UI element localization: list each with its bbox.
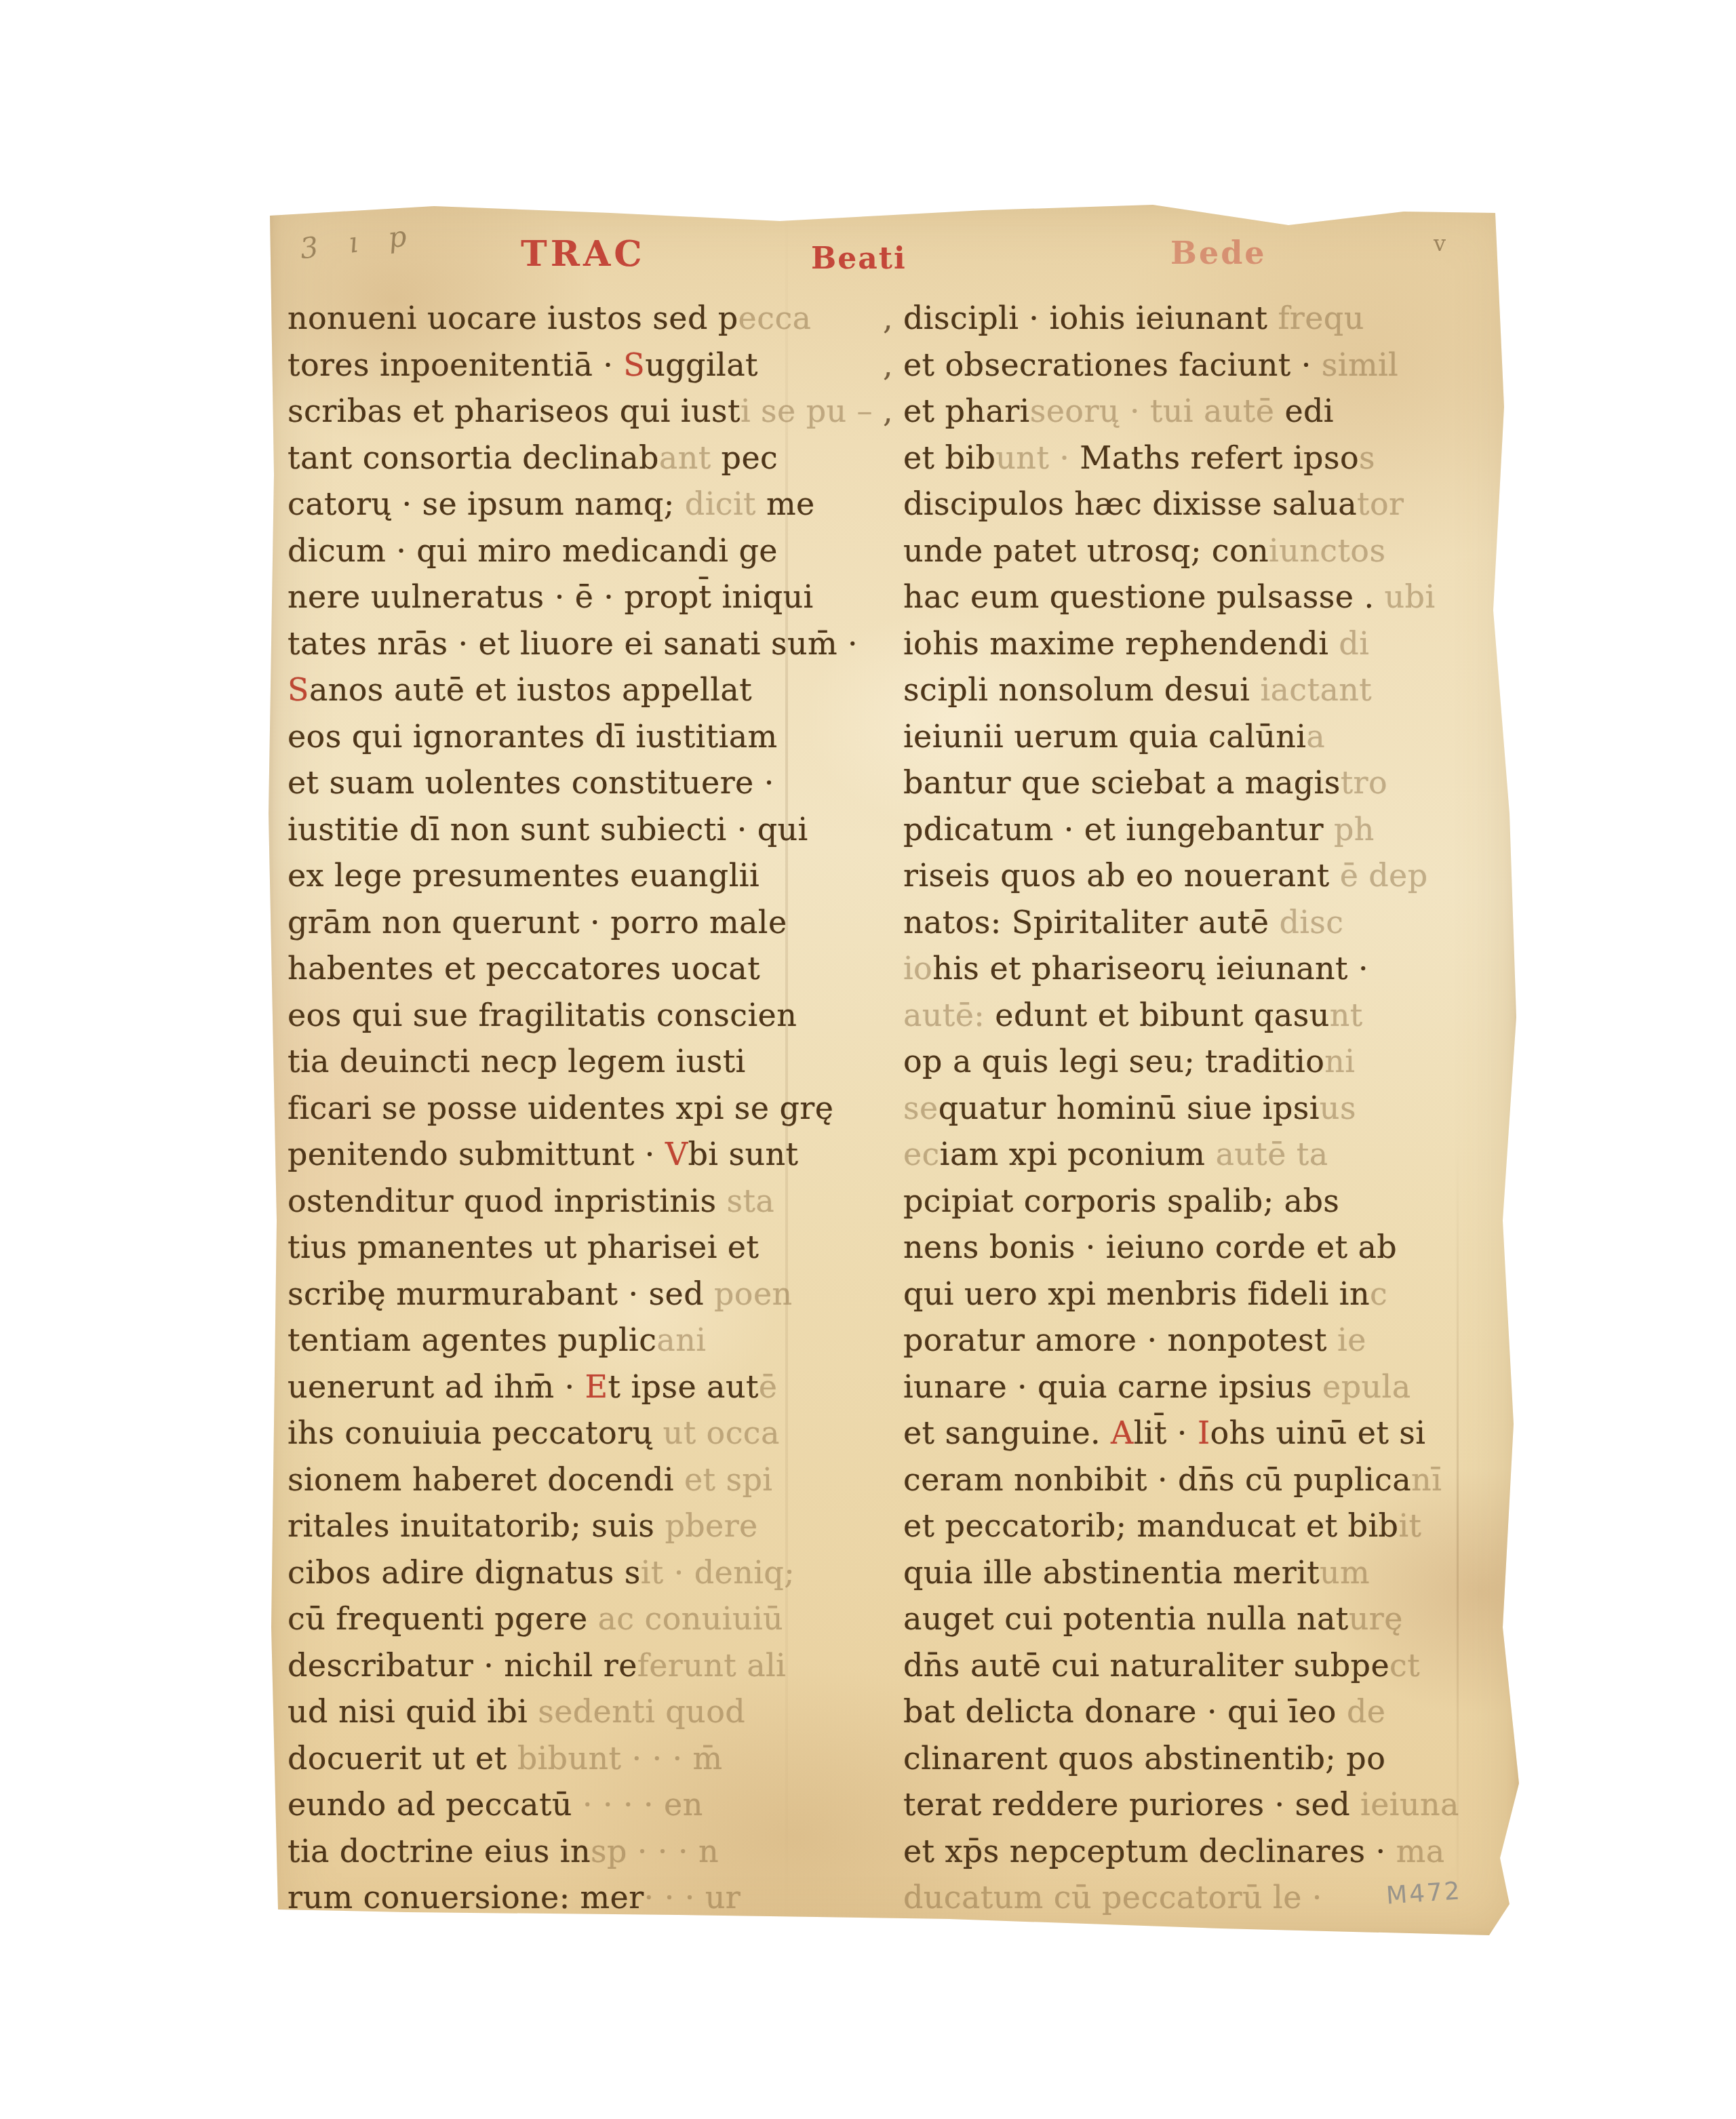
text-line: nonueni uocare iustos sed pecca (288, 297, 825, 344)
text-segment: pcipiat corporis spalib; abs (903, 1183, 1339, 1219)
text-segment: et spi (684, 1461, 773, 1498)
text-line: iohis et phariseorų ieiunant · (903, 947, 1514, 994)
text-segment: bibunt · · · m̄ (517, 1740, 723, 1777)
text-line: tates nrās · et liuore ei sanati sum̄ · (288, 622, 825, 669)
text-segment: tores inpoenitentiā · (288, 346, 623, 383)
text-segment: hac eum questione pulsasse . (903, 578, 1385, 615)
text-segment: ē dep (1340, 857, 1428, 894)
text-line: tant consortia declinabant pec (288, 437, 825, 483)
text-segment: nens bonis · ieiuno corde et ab (903, 1229, 1397, 1265)
text-segment: tia deuincti necp legem iusti (288, 1043, 746, 1080)
top-right-check-mark: v (1434, 231, 1446, 256)
text-line: cū frequenti pgere ac conuiuiū (288, 1598, 825, 1644)
running-header-bede: Bede (1170, 235, 1267, 271)
text-line: iohis maxime rephendendi di (903, 622, 1514, 669)
text-segment: tates nrās · et liuore ei sanati sum̄ · (288, 625, 858, 662)
text-segment: poen (714, 1275, 793, 1312)
text-segment: · · · · en (583, 1786, 703, 1823)
text-segment: ani (656, 1322, 706, 1358)
text-segment: ē (759, 1368, 778, 1405)
text-segment: io (903, 950, 932, 987)
rubricated-initial: V (665, 1136, 688, 1172)
top-left-pen-scribble: 3 ı p (298, 218, 419, 266)
text-segment: eundo ad peccatū (288, 1786, 583, 1823)
text-segment: bat delicta donare · qui īeo (903, 1693, 1347, 1730)
text-line: sionem haberet docendi et spi (288, 1459, 825, 1505)
text-segment: ma (1396, 1833, 1445, 1869)
text-segment: sedenti quod (538, 1693, 745, 1730)
text-line: op a quis legi seu; traditioni (903, 1040, 1514, 1087)
text-segment: urę (1349, 1600, 1403, 1637)
text-segment: lit̄ · (1134, 1414, 1198, 1451)
text-line: ex lege presumentes euanglii (288, 854, 825, 901)
text-line: et bibunt · Maths refert ipsos (903, 437, 1514, 483)
text-segment: auget cui potentia nulla nat (903, 1600, 1349, 1637)
text-column-right: ,discipli · iohis ieiunant frequ,et obse… (903, 297, 1514, 1923)
text-line: describatur · nichil referunt ali (288, 1644, 825, 1691)
text-line: bat delicta donare · qui īeo de (903, 1690, 1514, 1737)
text-line: ,et phariseorų · tui autē edi (903, 390, 1514, 437)
text-segment: scipli nonsolum desui (903, 671, 1260, 708)
text-segment: ficari se posse uidentes xpi se grę (288, 1090, 833, 1126)
text-line: tentiam agentes puplicani (288, 1319, 825, 1366)
text-line: iunare · quia carne ipsius epula (903, 1366, 1514, 1412)
text-line: habentes et peccatores uocat (288, 947, 825, 994)
text-segment: tentiam agentes puplic (288, 1322, 656, 1358)
photo-background: { "page": { "running_header": { "left": … (0, 0, 1736, 2119)
text-line: tius pmanentes ut pharisei et (288, 1226, 825, 1273)
text-segment: eos qui ignorantes dī iustitiam (288, 718, 778, 755)
text-line: dicum · qui miro medicandi ge (288, 530, 825, 576)
text-line: eos qui ignorantes dī iustitiam (288, 715, 825, 762)
text-segment: it (1398, 1507, 1421, 1544)
text-segment: me (766, 486, 815, 522)
text-segment: op a quis legi seu; traditio (903, 1043, 1324, 1080)
text-segment: et peccatorib; manducat et bib (903, 1507, 1398, 1544)
text-segment: se (903, 1090, 939, 1126)
running-header-beati: Beati (811, 241, 907, 276)
text-segment: ud nisi quid ibi (288, 1693, 538, 1730)
text-line: poratur amore · nonpotest ie (903, 1319, 1514, 1366)
text-segment: , (883, 344, 893, 386)
text-segment: ubi (1385, 578, 1436, 615)
text-line: et suam uolentes constituere · (288, 761, 825, 808)
text-segment: et bib (903, 439, 995, 476)
text-line: scipli nonsolum desui iactant (903, 669, 1514, 715)
text-segment: ecca (738, 300, 812, 336)
text-line: pcipiat corporis spalib; abs (903, 1180, 1514, 1227)
text-segment: terat reddere puriores · sed (903, 1786, 1360, 1823)
text-segment: iunctos (1269, 532, 1385, 569)
text-segment: et xp̄s nepceptum declinares · (903, 1833, 1396, 1869)
text-segment: rum conuersione: mer (288, 1879, 644, 1916)
text-line: eundo ad peccatū · · · · en (288, 1783, 825, 1830)
text-segment: bantur que sciebat a magis (903, 764, 1341, 801)
text-segment: · · · ur (644, 1879, 741, 1916)
text-segment: ihs conuiuia peccatorų (288, 1414, 663, 1451)
text-line: ficari se posse uidentes xpi se grę (288, 1087, 825, 1134)
text-line: terat reddere puriores · sed ieiuna (903, 1783, 1514, 1830)
text-segment: clinarent quos abstinentib; po (903, 1740, 1385, 1777)
text-segment: tia doctrine eius in (288, 1833, 591, 1869)
text-segment: Maths refert ipso (1080, 439, 1359, 476)
text-segment: unt · (995, 439, 1080, 476)
text-segment: dicum · qui miro medicandi ge (288, 532, 778, 569)
text-segment: ut occa (663, 1414, 780, 1451)
text-segment: iohis maxime rephendendi (903, 625, 1339, 662)
text-segment: ieiunii uerum quia calūni (903, 718, 1306, 755)
text-segment: poratur amore · nonpotest (903, 1322, 1337, 1358)
text-segment: us (1320, 1090, 1356, 1126)
text-segment: nī (1411, 1461, 1442, 1498)
text-segment: tor (1357, 486, 1404, 522)
text-segment: iam xpi pconium (940, 1136, 1216, 1172)
text-segment: disc (1279, 904, 1343, 940)
text-segment: uggilat (645, 346, 758, 383)
text-line: discipulos hæc dixisse saluator (903, 483, 1514, 530)
text-line: penitendo submittunt · Vbi sunt (288, 1133, 825, 1180)
text-line: ,discipli · iohis ieiunant frequ (903, 297, 1514, 344)
manuscript-leaf: 3 ı p TRAC Beati Bede v nonueni uocare i… (269, 195, 1519, 1941)
rubricated-initial: S (623, 346, 645, 383)
text-segment: edunt et bibunt qasu (995, 997, 1329, 1033)
text-segment: tro (1341, 764, 1387, 801)
text-line: et sanguine. Alit̄ · Iohs uinū et si (903, 1412, 1514, 1459)
text-segment: catorų · se ipsum namq; (288, 486, 685, 522)
text-line: quia ille abstinentia meritum (903, 1551, 1514, 1598)
text-line: riseis quos ab eo nouerant ē dep (903, 854, 1514, 901)
text-line: unde patet utrosq; coniunctos (903, 530, 1514, 576)
rubricated-initial: E (585, 1368, 608, 1405)
text-segment: sp · · · n (591, 1833, 719, 1869)
text-segment: ieiuna (1360, 1786, 1459, 1823)
text-segment: , (883, 297, 893, 339)
text-segment: ferunt ali (637, 1647, 786, 1684)
text-segment: pdicatum · et iungebantur (903, 811, 1334, 848)
text-line: clinarent quos abstinentib; po (903, 1737, 1514, 1784)
text-segment: quia ille abstinentia merit (903, 1554, 1320, 1591)
text-segment: describatur · nichil re (288, 1647, 637, 1684)
text-segment: it · deniq; (641, 1554, 795, 1591)
text-segment: uenerunt ad ihm̄ · (288, 1368, 585, 1405)
text-segment: seorų · tui autē (1030, 393, 1285, 429)
text-line: uenerunt ad ihm̄ · Et ipse autē (288, 1366, 825, 1412)
text-segment: ostenditur quod inpristinis (288, 1183, 726, 1219)
text-line: scribę murmurabant · sed poen (288, 1273, 825, 1320)
text-segment: ant (659, 439, 722, 476)
text-segment: , (883, 390, 893, 432)
text-segment: ni (1324, 1043, 1355, 1080)
text-line: ieiunii uerum quia calūnia (903, 715, 1514, 762)
text-segment: t ipse aut (608, 1368, 759, 1405)
text-segment: ie (1337, 1322, 1366, 1358)
text-segment: ph (1334, 811, 1375, 848)
text-line: et xp̄s nepceptum declinares · ma (903, 1830, 1514, 1877)
text-segment: ct (1389, 1647, 1420, 1684)
text-line: iustitie dī non sunt subiecti · qui (288, 808, 825, 855)
text-line: ihs conuiuia peccatorų ut occa (288, 1412, 825, 1459)
text-segment: nonueni uocare iustos sed p (288, 300, 738, 336)
text-segment: et phari (903, 393, 1030, 429)
text-segment: pbere (665, 1507, 757, 1544)
text-segment: ohs uinū et si (1210, 1414, 1425, 1451)
text-line: ,et obsecrationes faciunt · simil (903, 344, 1514, 391)
text-segment: um (1320, 1554, 1370, 1591)
text-segment: edi (1284, 393, 1334, 429)
text-line: nens bonis · ieiuno corde et ab (903, 1226, 1514, 1273)
text-line: qui uero xpi menbris fideli inc (903, 1273, 1514, 1320)
text-segment: et suam uolentes constituere · (288, 764, 774, 801)
text-segment: penitendo submittunt · (288, 1136, 665, 1172)
rubricated-initial: I (1198, 1414, 1210, 1451)
text-segment: bi sunt (688, 1136, 799, 1172)
text-segment: ec (903, 1136, 940, 1172)
text-segment: iunare · quia carne ipsius (903, 1368, 1322, 1405)
text-segment: epula (1322, 1368, 1410, 1405)
text-line: eciam xpi pconium autē ta (903, 1133, 1514, 1180)
text-column-left: nonueni uocare iustos sed peccatores inp… (288, 297, 825, 1923)
text-segment: dicit (685, 486, 766, 522)
text-segment: anos autē et iustos appellat (309, 671, 752, 708)
text-line: hac eum questione pulsasse . ubi (903, 576, 1514, 622)
text-line: et peccatorib; manducat et bibit (903, 1505, 1514, 1551)
text-segment: ex lege presumentes euanglii (288, 857, 759, 894)
text-line: grām non querunt · porro male (288, 901, 825, 948)
text-segment: di (1339, 625, 1369, 662)
text-segment: iactant (1260, 671, 1372, 708)
text-segment: frequ (1278, 300, 1364, 336)
text-segment: pec (722, 439, 778, 476)
text-line: tia doctrine eius insp · · · n (288, 1830, 825, 1877)
pencil-inventory-number: M472 (1385, 1877, 1463, 1910)
rubricated-initial: S (288, 671, 309, 708)
text-segment: discipli · iohis ieiunant (903, 300, 1278, 336)
running-header-trac: TRAC (521, 233, 646, 275)
text-segment: ducatum cū peccatorū le · (903, 1879, 1322, 1916)
text-line: dn̄s autē cui naturaliter subpect (903, 1644, 1514, 1691)
text-segment: quatur hominū siue ipsi (939, 1090, 1320, 1126)
text-line: ostenditur quod inpristinis sta (288, 1180, 825, 1227)
text-line: bantur que sciebat a magistro (903, 761, 1514, 808)
text-segment: c (1370, 1275, 1387, 1312)
text-segment: riseis quos ab eo nouerant (903, 857, 1340, 894)
text-segment: scribę murmurabant · sed (288, 1275, 714, 1312)
text-segment: simil (1322, 346, 1398, 383)
text-segment: grām non querunt · porro male (288, 904, 787, 940)
text-segment: ac conuiuiū (598, 1600, 784, 1637)
text-segment: iustitie dī non sunt subiecti · qui (288, 811, 808, 848)
text-segment: i se pu – (741, 393, 873, 429)
text-segment: de (1347, 1693, 1385, 1730)
text-segment: habentes et peccatores uocat (288, 950, 760, 987)
text-segment: nt (1330, 997, 1363, 1033)
text-line: Sanos autē et iustos appellat (288, 669, 825, 715)
text-segment: sionem haberet docendi (288, 1461, 684, 1498)
text-segment: cū frequenti pgere (288, 1600, 598, 1637)
text-segment: his et phariseorų ieiunant · (932, 950, 1368, 987)
text-line: tia deuincti necp legem iusti (288, 1040, 825, 1087)
text-line: docuerit ut et bibunt · · · m̄ (288, 1737, 825, 1784)
text-line: natos: Spiritaliter autē disc (903, 901, 1514, 948)
text-segment: sta (726, 1183, 774, 1219)
text-line: autē: edunt et bibunt qasunt (903, 994, 1514, 1041)
text-line: auget cui potentia nulla naturę (903, 1598, 1514, 1644)
text-segment: docuerit ut et (288, 1740, 517, 1777)
text-line: rum conuersione: mer· · · ur (288, 1876, 825, 1923)
rubricated-initial: A (1111, 1414, 1134, 1451)
text-line: sequatur hominū siue ipsius (903, 1087, 1514, 1134)
text-segment: scribas et phariseos qui iust (288, 393, 741, 429)
text-segment: tius pmanentes ut pharisei et (288, 1229, 759, 1265)
text-segment: dn̄s autē cui naturaliter subpe (903, 1647, 1389, 1684)
text-segment: discipulos hæc dixisse salua (903, 486, 1357, 522)
text-segment: qui uero xpi menbris fideli in (903, 1275, 1370, 1312)
text-line: tores inpoenitentiā · Suggilat (288, 344, 825, 391)
text-segment: ritales inuitatorib; suis (288, 1507, 665, 1544)
text-segment: tant consortia declinab (288, 439, 659, 476)
text-segment: a (1306, 718, 1325, 755)
text-segment: unde patet utrosq; con (903, 532, 1269, 569)
text-segment: et obsecrationes faciunt · (903, 346, 1322, 383)
text-line: catorų · se ipsum namq; dicit me (288, 483, 825, 530)
text-line: scribas et phariseos qui iusti se pu – (288, 390, 825, 437)
text-line: nere uulneratus · ē · propt̄ iniqui (288, 576, 825, 622)
text-segment: eos qui sue fragilitatis conscien (288, 997, 797, 1033)
text-line: ud nisi quid ibi sedenti quod (288, 1690, 825, 1737)
text-segment: autē ta (1215, 1136, 1328, 1172)
text-line: eos qui sue fragilitatis conscien (288, 994, 825, 1041)
text-segment: natos: Spiritaliter autē (903, 904, 1279, 940)
text-line: ritales inuitatorib; suis pbere (288, 1505, 825, 1551)
text-line: pdicatum · et iungebantur ph (903, 808, 1514, 855)
text-segment: nere uulneratus · ē · propt̄ iniqui (288, 578, 814, 615)
text-segment: et sanguine. (903, 1414, 1111, 1451)
text-segment: autē: (903, 997, 995, 1033)
text-segment: s (1359, 439, 1375, 476)
text-line: cibos adire dignatus sit · deniq; (288, 1551, 825, 1598)
text-segment: cibos adire dignatus s (288, 1554, 641, 1591)
text-segment: ceram nonbibit · dn̄s cū puplica (903, 1461, 1411, 1498)
text-line: ceram nonbibit · dn̄s cū puplicanī (903, 1459, 1514, 1505)
